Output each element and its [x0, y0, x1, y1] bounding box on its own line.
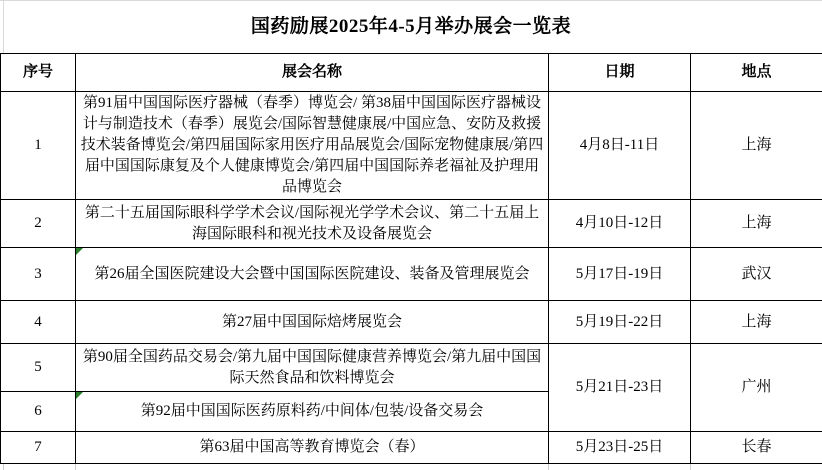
table-row: 4 第27届中国国际焙烤展览会 5月19日-22日 上海 — [1, 301, 822, 344]
green-corner-flag-icon — [76, 248, 83, 255]
cell-name: 第90届全国药品交易会/第九届中国国际健康营养博览会/第九届中国国际天然食品和饮… — [76, 344, 549, 392]
table-row: 2 第二十五届国际眼科学学术会议/国际视光学学术会议、第二十五届上海国际眼科和视… — [1, 200, 822, 248]
col-header-index: 序号 — [1, 54, 76, 92]
cell-date: 5月17日-19日 — [549, 248, 691, 301]
table-header-row: 序号 展会名称 日期 地点 — [1, 54, 822, 92]
cell-location: 上海 — [691, 301, 822, 344]
exhibition-table: 序号 展会名称 日期 地点 1 第91届中国国际医疗器械（春季）博览会/ 第38… — [0, 53, 822, 464]
cell-name: 第二十五届国际眼科学学术会议/国际视光学学术会议、第二十五届上海国际眼科和视光技… — [76, 200, 549, 248]
spreadsheet-gridline — [690, 464, 691, 470]
col-header-date: 日期 — [549, 54, 691, 92]
cell-name: 第92届中国国际医药原料药/中间体/包装/设备交易会 — [76, 392, 549, 432]
cell-location: 长春 — [691, 432, 822, 464]
spreadsheet-gridline-left — [3, 0, 4, 53]
table-row: 3 第26届全国医院建设大会暨中国国际医院建设、装备及管理展览会 5月17日-1… — [1, 248, 822, 301]
cell-index: 4 — [1, 301, 76, 344]
spreadsheet-gridline — [3, 464, 4, 470]
table-row: 5 第90届全国药品交易会/第九届中国国际健康营养博览会/第九届中国国际天然食品… — [1, 344, 822, 392]
col-header-location: 地点 — [691, 54, 822, 92]
spreadsheet-gridline — [548, 464, 549, 470]
cell-date: 5月19日-22日 — [549, 301, 691, 344]
cell-index: 2 — [1, 200, 76, 248]
cell-name: 第91届中国国际医疗器械（春季）博览会/ 第38届中国国际医疗器械设计与制造技术… — [76, 92, 549, 200]
cell-date: 4月10日-12日 — [549, 200, 691, 248]
cell-location: 武汉 — [691, 248, 822, 301]
cell-name-text: 第26届全国医院建设大会暨中国国际医院建设、装备及管理展览会 — [94, 266, 529, 282]
table-row: 7 第63届中国高等教育博览会（春） 5月23日-25日 长春 — [1, 432, 822, 464]
cell-index: 7 — [1, 432, 76, 464]
cell-date: 5月23日-25日 — [549, 432, 691, 464]
cell-index: 5 — [1, 344, 76, 392]
page-title: 国药励展2025年4-5月举办展会一览表 — [251, 11, 571, 42]
cell-index: 1 — [1, 92, 76, 200]
cell-name-text: 第92届中国国际医药原料药/中间体/包装/设备交易会 — [141, 403, 484, 419]
cell-date-merged: 5月21日-23日 — [549, 344, 691, 432]
cell-index: 6 — [1, 392, 76, 432]
cell-index: 3 — [1, 248, 76, 301]
cell-name: 第26届全国医院建设大会暨中国国际医院建设、装备及管理展览会 — [76, 248, 549, 301]
cell-name: 第27届中国国际焙烤展览会 — [76, 301, 549, 344]
cell-name: 第63届中国高等教育博览会（春） — [76, 432, 549, 464]
cell-location: 上海 — [691, 200, 822, 248]
spreadsheet-gridline — [75, 464, 76, 470]
spreadsheet-gridline-top — [0, 0, 822, 1]
cell-location: 上海 — [691, 92, 822, 200]
col-header-name: 展会名称 — [76, 54, 549, 92]
table-row: 1 第91届中国国际医疗器械（春季）博览会/ 第38届中国国际医疗器械设计与制造… — [1, 92, 822, 200]
cell-location-merged: 广州 — [691, 344, 822, 432]
cutoff-next-row — [0, 464, 822, 470]
title-band: 国药励展2025年4-5月举办展会一览表 — [0, 0, 822, 53]
cell-date: 4月8日-11日 — [549, 92, 691, 200]
green-corner-flag-icon — [76, 392, 83, 399]
